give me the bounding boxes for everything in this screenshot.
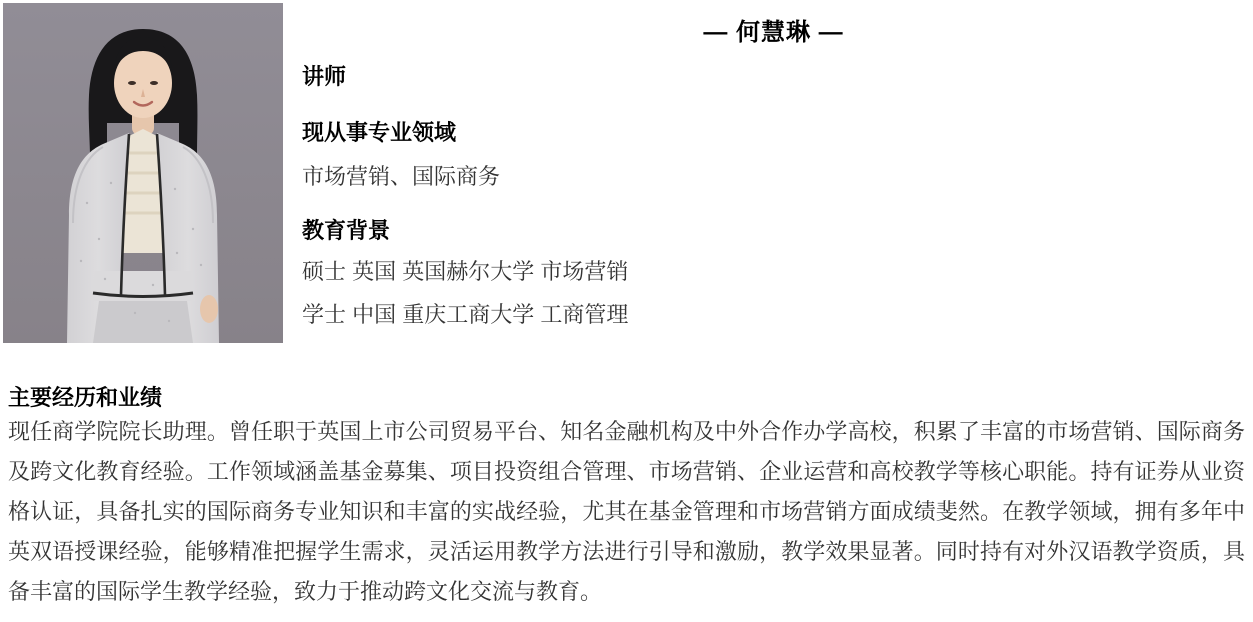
lecturer-name: — 何慧琳 —	[302, 12, 1245, 47]
profile-info-column: — 何慧琳 — 讲师 现从事专业领域 市场营销、国际商务 教育背景 硕士 英国 …	[302, 0, 1245, 350]
lecturer-portrait-photo	[3, 3, 283, 343]
field-heading: 现从事专业领域	[302, 120, 456, 146]
lecturer-profile-page: — 何慧琳 — 讲师 现从事专业领域 市场营销、国际商务 教育背景 硕士 英国 …	[0, 0, 1253, 622]
education-item-bachelor: 学士 中国 重庆工商大学 工商管理	[302, 302, 628, 328]
field-value: 市场营销、国际商务	[302, 164, 500, 190]
education-item-master: 硕士 英国 英国赫尔大学 市场营销	[302, 259, 628, 285]
portrait-illustration	[3, 3, 283, 343]
bio-heading: 主要经历和业绩	[8, 384, 162, 412]
education-heading: 教育背景	[302, 218, 390, 244]
bio-paragraph: 现任商学院院长助理。曾任职于英国上市公司贸易平台、知名金融机构及中外合作办学高校…	[8, 412, 1245, 612]
lecturer-title: 讲师	[302, 64, 346, 90]
